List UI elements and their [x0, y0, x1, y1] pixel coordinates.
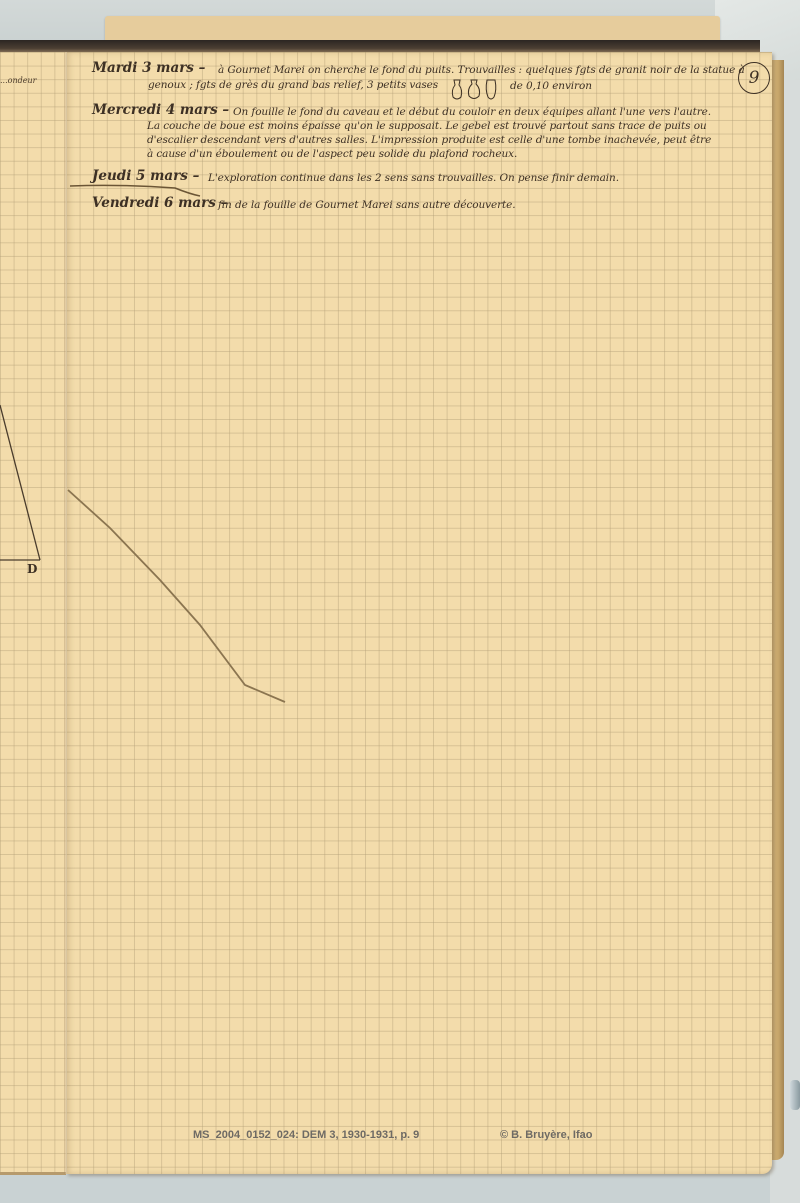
entry-day-mardi: Mardi 3 mars – — [92, 62, 205, 76]
entry-line: La couche de boue est moins épaisse qu'o… — [147, 121, 707, 132]
entry-line: genoux ; fgts de grès du grand bas relie… — [148, 80, 438, 91]
copyright-notice: © B. Bruyère, Ifao — [500, 1129, 592, 1141]
clip-icon — [790, 1080, 800, 1110]
entry-line: fin de la fouille de Gournet Marei sans … — [218, 200, 516, 211]
entry-line: d'escalier descendant vers d'autres sall… — [147, 135, 711, 146]
entry-line: de 0,10 environ — [510, 81, 592, 92]
sketch-line-diagonal-right — [68, 490, 285, 702]
entry-line: à cause d'un éboulement ou de l'aspect p… — [147, 149, 517, 160]
entry-day-vendredi: Vendredi 6 mars – — [92, 197, 227, 211]
entry-line: On fouille le fond du caveau et le début… — [233, 107, 711, 118]
entry-day-jeudi: Jeudi 5 mars – — [92, 170, 199, 184]
page-number: 9 — [749, 68, 760, 88]
drawing-label-d: D — [27, 562, 37, 576]
entry-day-mercredi: Mercredi 4 mars – — [92, 104, 229, 118]
entry-line: à Gournet Marei on cherche le fond du pu… — [218, 65, 745, 76]
entry-line: L'exploration continue dans les 2 sens s… — [208, 173, 619, 184]
sketch-line-diagonal-left — [0, 405, 40, 560]
archive-reference: MS_2004_0152_024: DEM 3, 1930-1931, p. 9 — [193, 1129, 419, 1141]
vase-sketches-icon — [450, 78, 510, 102]
